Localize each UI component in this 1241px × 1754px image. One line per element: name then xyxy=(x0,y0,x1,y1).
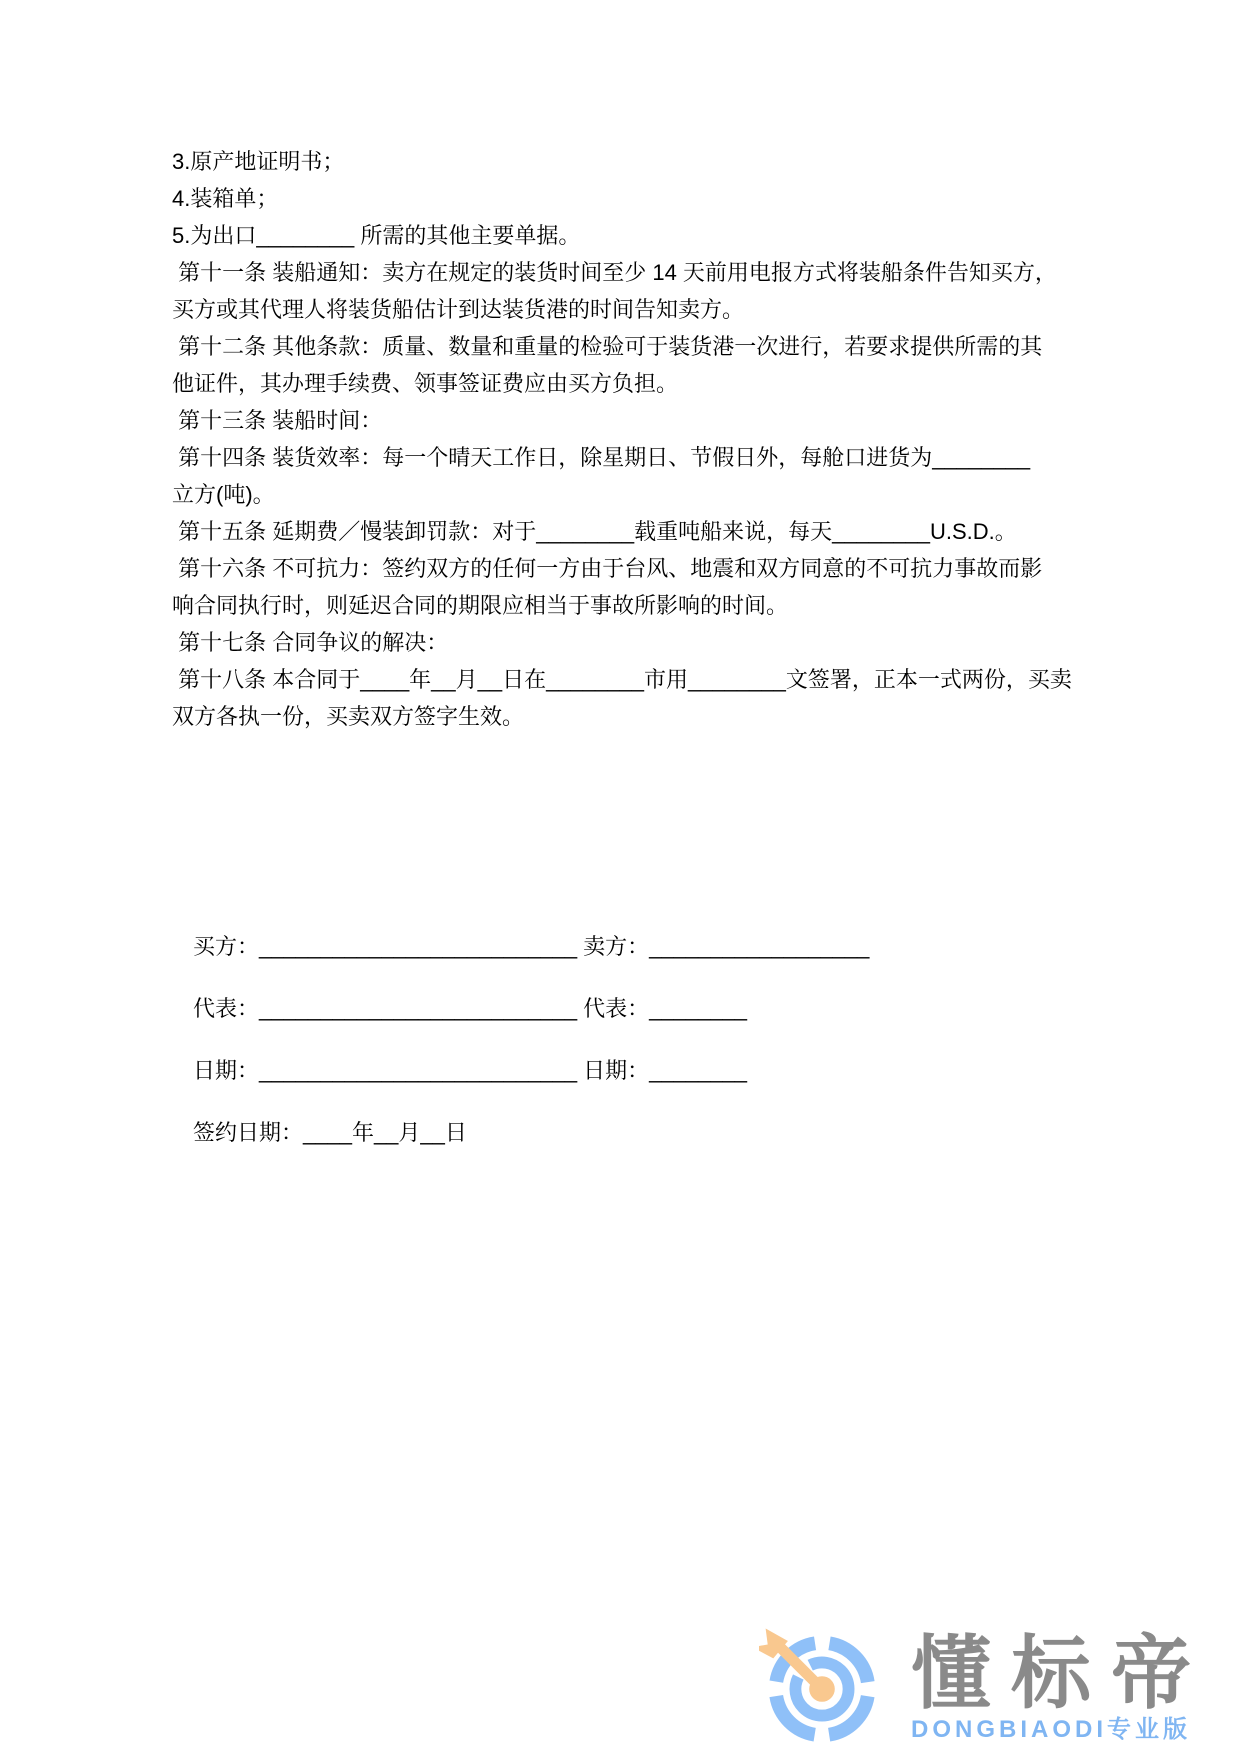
seller-rep-line: ________ xyxy=(649,996,747,1021)
signature-row-date: 日期：__________________________日期：________ xyxy=(193,1052,1072,1089)
seller-label: 卖方： xyxy=(583,934,649,959)
seller-rep-label: 代表： xyxy=(583,996,649,1021)
seller-date-line: ________ xyxy=(649,1058,747,1083)
buyer-date-label: 日期： xyxy=(193,1058,259,1083)
signing-date-line: 签约日期：____年__月__日 xyxy=(193,1114,1072,1151)
list-item-5: 5.为出口________ 所需的其他主要单据。 xyxy=(172,217,1072,254)
signature-block: 买方：__________________________卖方：________… xyxy=(172,928,1072,1151)
buyer-rep-label: 代表： xyxy=(193,996,259,1021)
clause-11: 第十一条 装船通知：卖方在规定的装货时间至少 14 天前用电报方式将装船条件告知… xyxy=(172,254,1072,328)
contract-document-page: 3.原产地证明书； 4.装箱单； 5.为出口________ 所需的其他主要单据… xyxy=(0,0,1241,1754)
clause-13: 第十三条 装船时间： xyxy=(172,402,1072,439)
contract-body: 3.原产地证明书； 4.装箱单； 5.为出口________ 所需的其他主要单据… xyxy=(172,143,1072,1176)
seller-signature-line: __________________ xyxy=(649,934,869,959)
dartboard-target-icon xyxy=(759,1626,885,1752)
watermark: 懂标帝 DONGBIAODI专业版 xyxy=(759,1626,1211,1752)
clause-14: 第十四条 装货效率：每一个晴天工作日，除星期日、节假日外，每舱口进货为_____… xyxy=(172,439,1072,513)
clause-18: 第十八条 本合同于____年__月__日在________市用________文… xyxy=(172,661,1072,735)
buyer-signature-line: __________________________ xyxy=(259,934,577,959)
list-item-3: 3.原产地证明书； xyxy=(172,143,1072,180)
signing-date-text: 签约日期：____年__月__日 xyxy=(193,1120,467,1145)
clause-17: 第十七条 合同争议的解决： xyxy=(172,624,1072,661)
signature-row-representative: 代表：__________________________代表：________ xyxy=(193,990,1072,1027)
list-item-4: 4.装箱单； xyxy=(172,180,1072,217)
signature-row-party: 买方：__________________________卖方：________… xyxy=(193,928,1072,965)
clause-16: 第十六条 不可抗力：签约双方的任何一方由于台风、地震和双方同意的不可抗力事故而影… xyxy=(172,550,1072,624)
buyer-label: 买方： xyxy=(193,934,259,959)
clause-12: 第十二条 其他条款：质量、数量和重量的检验可于装货港一次进行，若要求提供所需的其… xyxy=(172,328,1072,402)
seller-date-label: 日期： xyxy=(583,1058,649,1083)
watermark-subtitle: DONGBIAODI专业版 xyxy=(911,1717,1211,1743)
watermark-text: 懂标帝 DONGBIAODI专业版 xyxy=(911,1634,1211,1743)
buyer-date-line: __________________________ xyxy=(259,1058,577,1083)
buyer-rep-line: __________________________ xyxy=(259,996,577,1021)
watermark-brand: 懂标帝 xyxy=(911,1634,1211,1714)
clause-15: 第十五条 延期费／慢装卸罚款：对于________载重吨船来说，每天______… xyxy=(172,513,1072,550)
